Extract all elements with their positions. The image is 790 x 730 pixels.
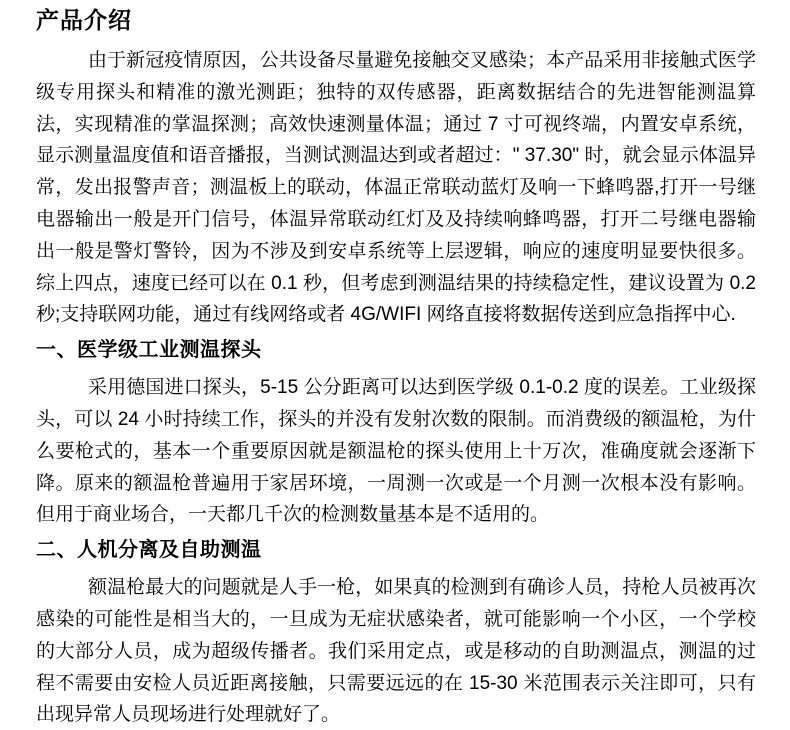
intro-paragraph: 由于新冠疫情原因，公共设备尽量避免接触交叉感染；本产品采用非接触式医学级专用探头… xyxy=(36,45,756,331)
section-1-heading: 一、医学级工业测温探头 xyxy=(36,337,756,363)
section-2-heading: 二、人机分离及自助测温 xyxy=(36,537,756,563)
document-page: 产品介绍 由于新冠疫情原因，公共设备尽量避免接触交叉感染；本产品采用非接触式医学… xyxy=(0,0,790,730)
page-title: 产品介绍 xyxy=(36,5,756,35)
section-1-paragraph: 采用德国进口探头，5-15 公分距离可以达到医学级 0.1-0.2 度的误差。工… xyxy=(36,372,756,531)
section-2-paragraph: 额温枪最大的问题就是人手一枪，如果真的检测到有确诊人员，持枪人员被再次感染的可能… xyxy=(36,572,756,730)
